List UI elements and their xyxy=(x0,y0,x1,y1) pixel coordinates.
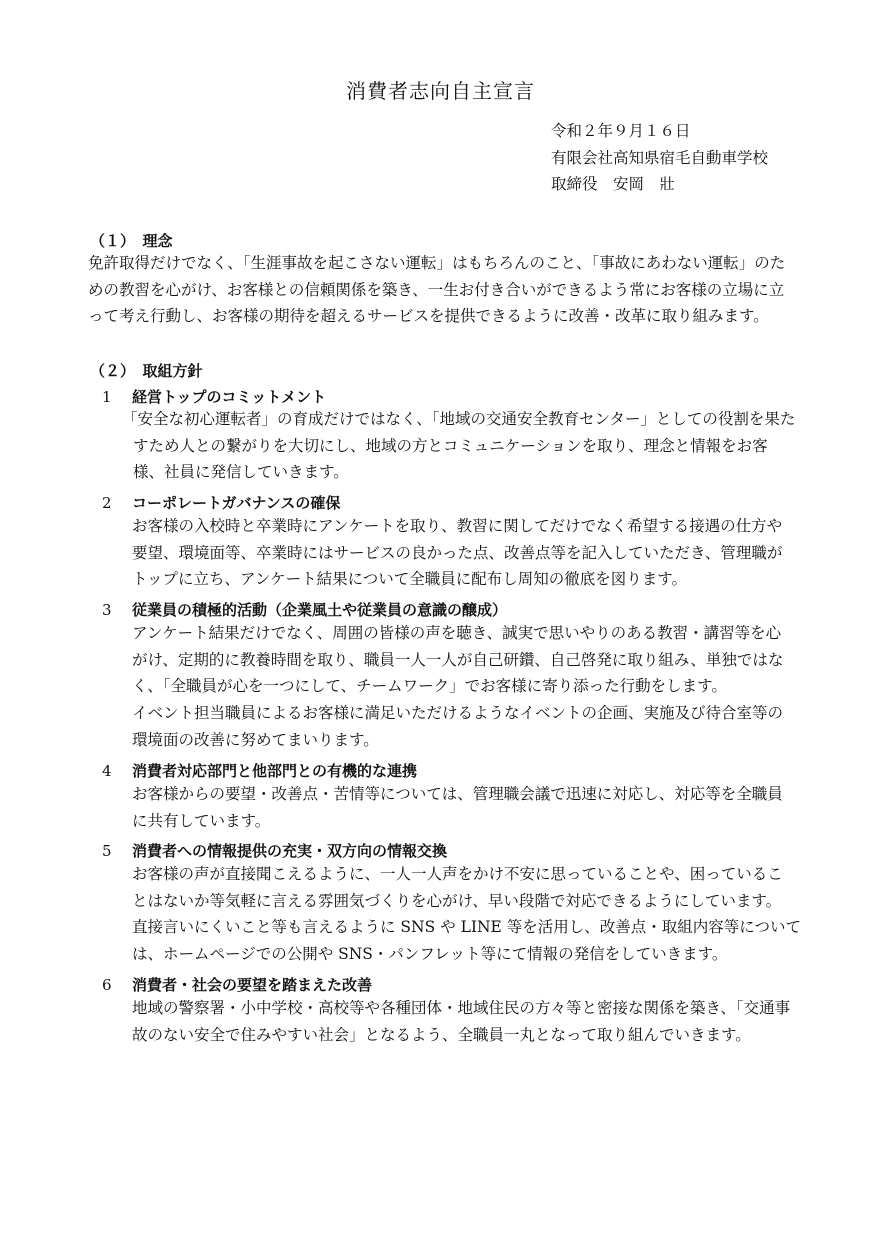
philosophy-paragraph: 免許取得だけでなく、「生涯事故を起こさない運転」はもちろんのこと、「事故にあわな… xyxy=(88,250,785,330)
paragraph-line: に共有しています。 xyxy=(132,808,783,835)
item-number: 5 xyxy=(102,842,132,860)
declaration-date: 令和２年９月１６日 xyxy=(551,118,768,145)
item-title: 消費者・社会の要望を踏まえた改善 xyxy=(132,976,372,994)
paragraph-line: とはないか等気軽に言える雰囲気づくりを心がけ、早い段階で対応できるようにしていま… xyxy=(132,888,801,915)
paragraph-line: 地域の警察署・小中学校・高校等や各種団体・地域住民の方々等と密接な関係を築き、「… xyxy=(132,995,790,1022)
policy-item-heading-6: 6消費者・社会の要望を踏まえた改善 xyxy=(102,974,372,995)
policy-item-heading-4: 4消費者対応部門と他部門との有機的な連携 xyxy=(102,760,417,781)
item-number: 6 xyxy=(102,976,132,994)
paragraph-line: お客様の入校時と卒業時にアンケートを取り、教習に関してだけでなく希望する接遇の仕… xyxy=(132,513,782,540)
item-number: 4 xyxy=(102,762,132,780)
paragraph-line: 要望、環境面等、卒業時にはサービスの良かった点、改善点等を記入していただき、管理… xyxy=(132,540,782,567)
policy-item-body-6: 地域の警察署・小中学校・高校等や各種団体・地域住民の方々等と密接な関係を築き、「… xyxy=(132,995,790,1048)
policy-item-body-3: アンケート結果だけでなく、周囲の皆様の声を聴き、誠実で思いやりのある教習・講習等… xyxy=(132,620,783,754)
item-title: 消費者対応部門と他部門との有機的な連携 xyxy=(132,762,417,780)
paragraph-line: って考え行動し、お客様の期待を超えるサービスを提供できるように改善・改革に取り組… xyxy=(88,303,785,330)
policy-item-body-4: お客様からの要望・改善点・苦情等については、管理職会議で迅速に対応し、対応等を全… xyxy=(132,781,783,834)
policy-item-heading-1: 1経営トップのコミットメント xyxy=(102,386,326,407)
signatory: 取締役 安岡 壯 xyxy=(551,171,768,198)
paragraph-line: お客様からの要望・改善点・苦情等については、管理職会議で迅速に対応し、対応等を全… xyxy=(132,781,783,808)
paragraph-line: 故のない安全で住みやすい社会」となるよう、全職員一丸となって取り組んでいきます。 xyxy=(132,1022,790,1049)
paragraph-line: 直接言いにくいこと等も言えるように SNS や LINE 等を活用し、改善点・取… xyxy=(132,914,801,941)
policy-item-body-1: 「安全な初心運転者」の育成だけではなく、「地域の交通安全教育センター」としての役… xyxy=(122,406,795,486)
paragraph-line: 免許取得だけでなく、「生涯事故を起こさない運転」はもちろんのこと、「事故にあわな… xyxy=(88,250,785,277)
paragraph-line: すため人との繋がりを大切にし、地域の方とコミュニケーションを取り、理念と情報をお… xyxy=(122,433,795,460)
policy-item-heading-5: 5消費者への情報提供の充実・双方向の情報交換 xyxy=(102,840,447,861)
policy-item-heading-2: 2コーポレートガバナンスの確保 xyxy=(102,492,340,513)
policy-item-body-2: お客様の入校時と卒業時にアンケートを取り、教習に関してだけでなく希望する接遇の仕… xyxy=(132,513,782,593)
item-title: コーポレートガバナンスの確保 xyxy=(132,494,340,512)
paragraph-line: アンケート結果だけでなく、周囲の皆様の声を聴き、誠実で思いやりのある教習・講習等… xyxy=(132,620,783,647)
section-heading-policy: （２） 取組方針 xyxy=(90,360,203,381)
item-title: 経営トップのコミットメント xyxy=(132,388,326,406)
document-title: 消費者志向自主宣言 xyxy=(0,75,881,104)
paragraph-line: 様、社員に発信していきます。 xyxy=(122,459,795,486)
company-name: 有限会社高知県宿毛自動車学校 xyxy=(551,145,768,172)
item-number: 2 xyxy=(102,494,132,512)
paragraph-line: は、ホームページでの公開や SNS・パンフレット等にて情報の発信をしていきます。 xyxy=(132,941,801,968)
policy-item-heading-3: 3従業員の積極的活動（企業風土や従業員の意識の醸成） xyxy=(102,599,507,620)
paragraph-line: お客様の声が直接聞こえるように、一人一人声をかけ不安に思っていることや、困ってい… xyxy=(132,861,801,888)
paragraph-line: めの教習を心がけ、お客様との信頼関係を築き、一生お付き合いができるよう常にお客様… xyxy=(88,277,785,304)
paragraph-line: がけ、定期的に教養時間を取り、職員一人一人が自己研鑽、自己啓発に取り組み、単独で… xyxy=(132,647,783,674)
paragraph-line: く、「全職員が心を一つにして、チームワーク」でお客様に寄り添った行動をします。 xyxy=(132,673,783,700)
paragraph-line: 環境面の改善に努めてまいります。 xyxy=(132,727,783,754)
declaration-meta: 令和２年９月１６日 有限会社高知県宿毛自動車学校 取締役 安岡 壯 xyxy=(551,118,768,198)
paragraph-line: トップに立ち、アンケート結果について全職員に配布し周知の徹底を図ります。 xyxy=(132,566,782,593)
item-title: 消費者への情報提供の充実・双方向の情報交換 xyxy=(132,842,447,860)
item-number: 3 xyxy=(102,601,132,619)
section-heading-philosophy: （１） 理念 xyxy=(90,230,173,251)
paragraph-line: イベント担当職員によるお客様に満足いただけるようなイベントの企画、実施及び待合室… xyxy=(132,700,783,727)
item-number: 1 xyxy=(102,388,132,406)
policy-item-body-5: お客様の声が直接聞こえるように、一人一人声をかけ不安に思っていることや、困ってい… xyxy=(132,861,801,968)
paragraph-line: 「安全な初心運転者」の育成だけではなく、「地域の交通安全教育センター」としての役… xyxy=(122,406,795,433)
item-title: 従業員の積極的活動（企業風土や従業員の意識の醸成） xyxy=(132,601,507,619)
